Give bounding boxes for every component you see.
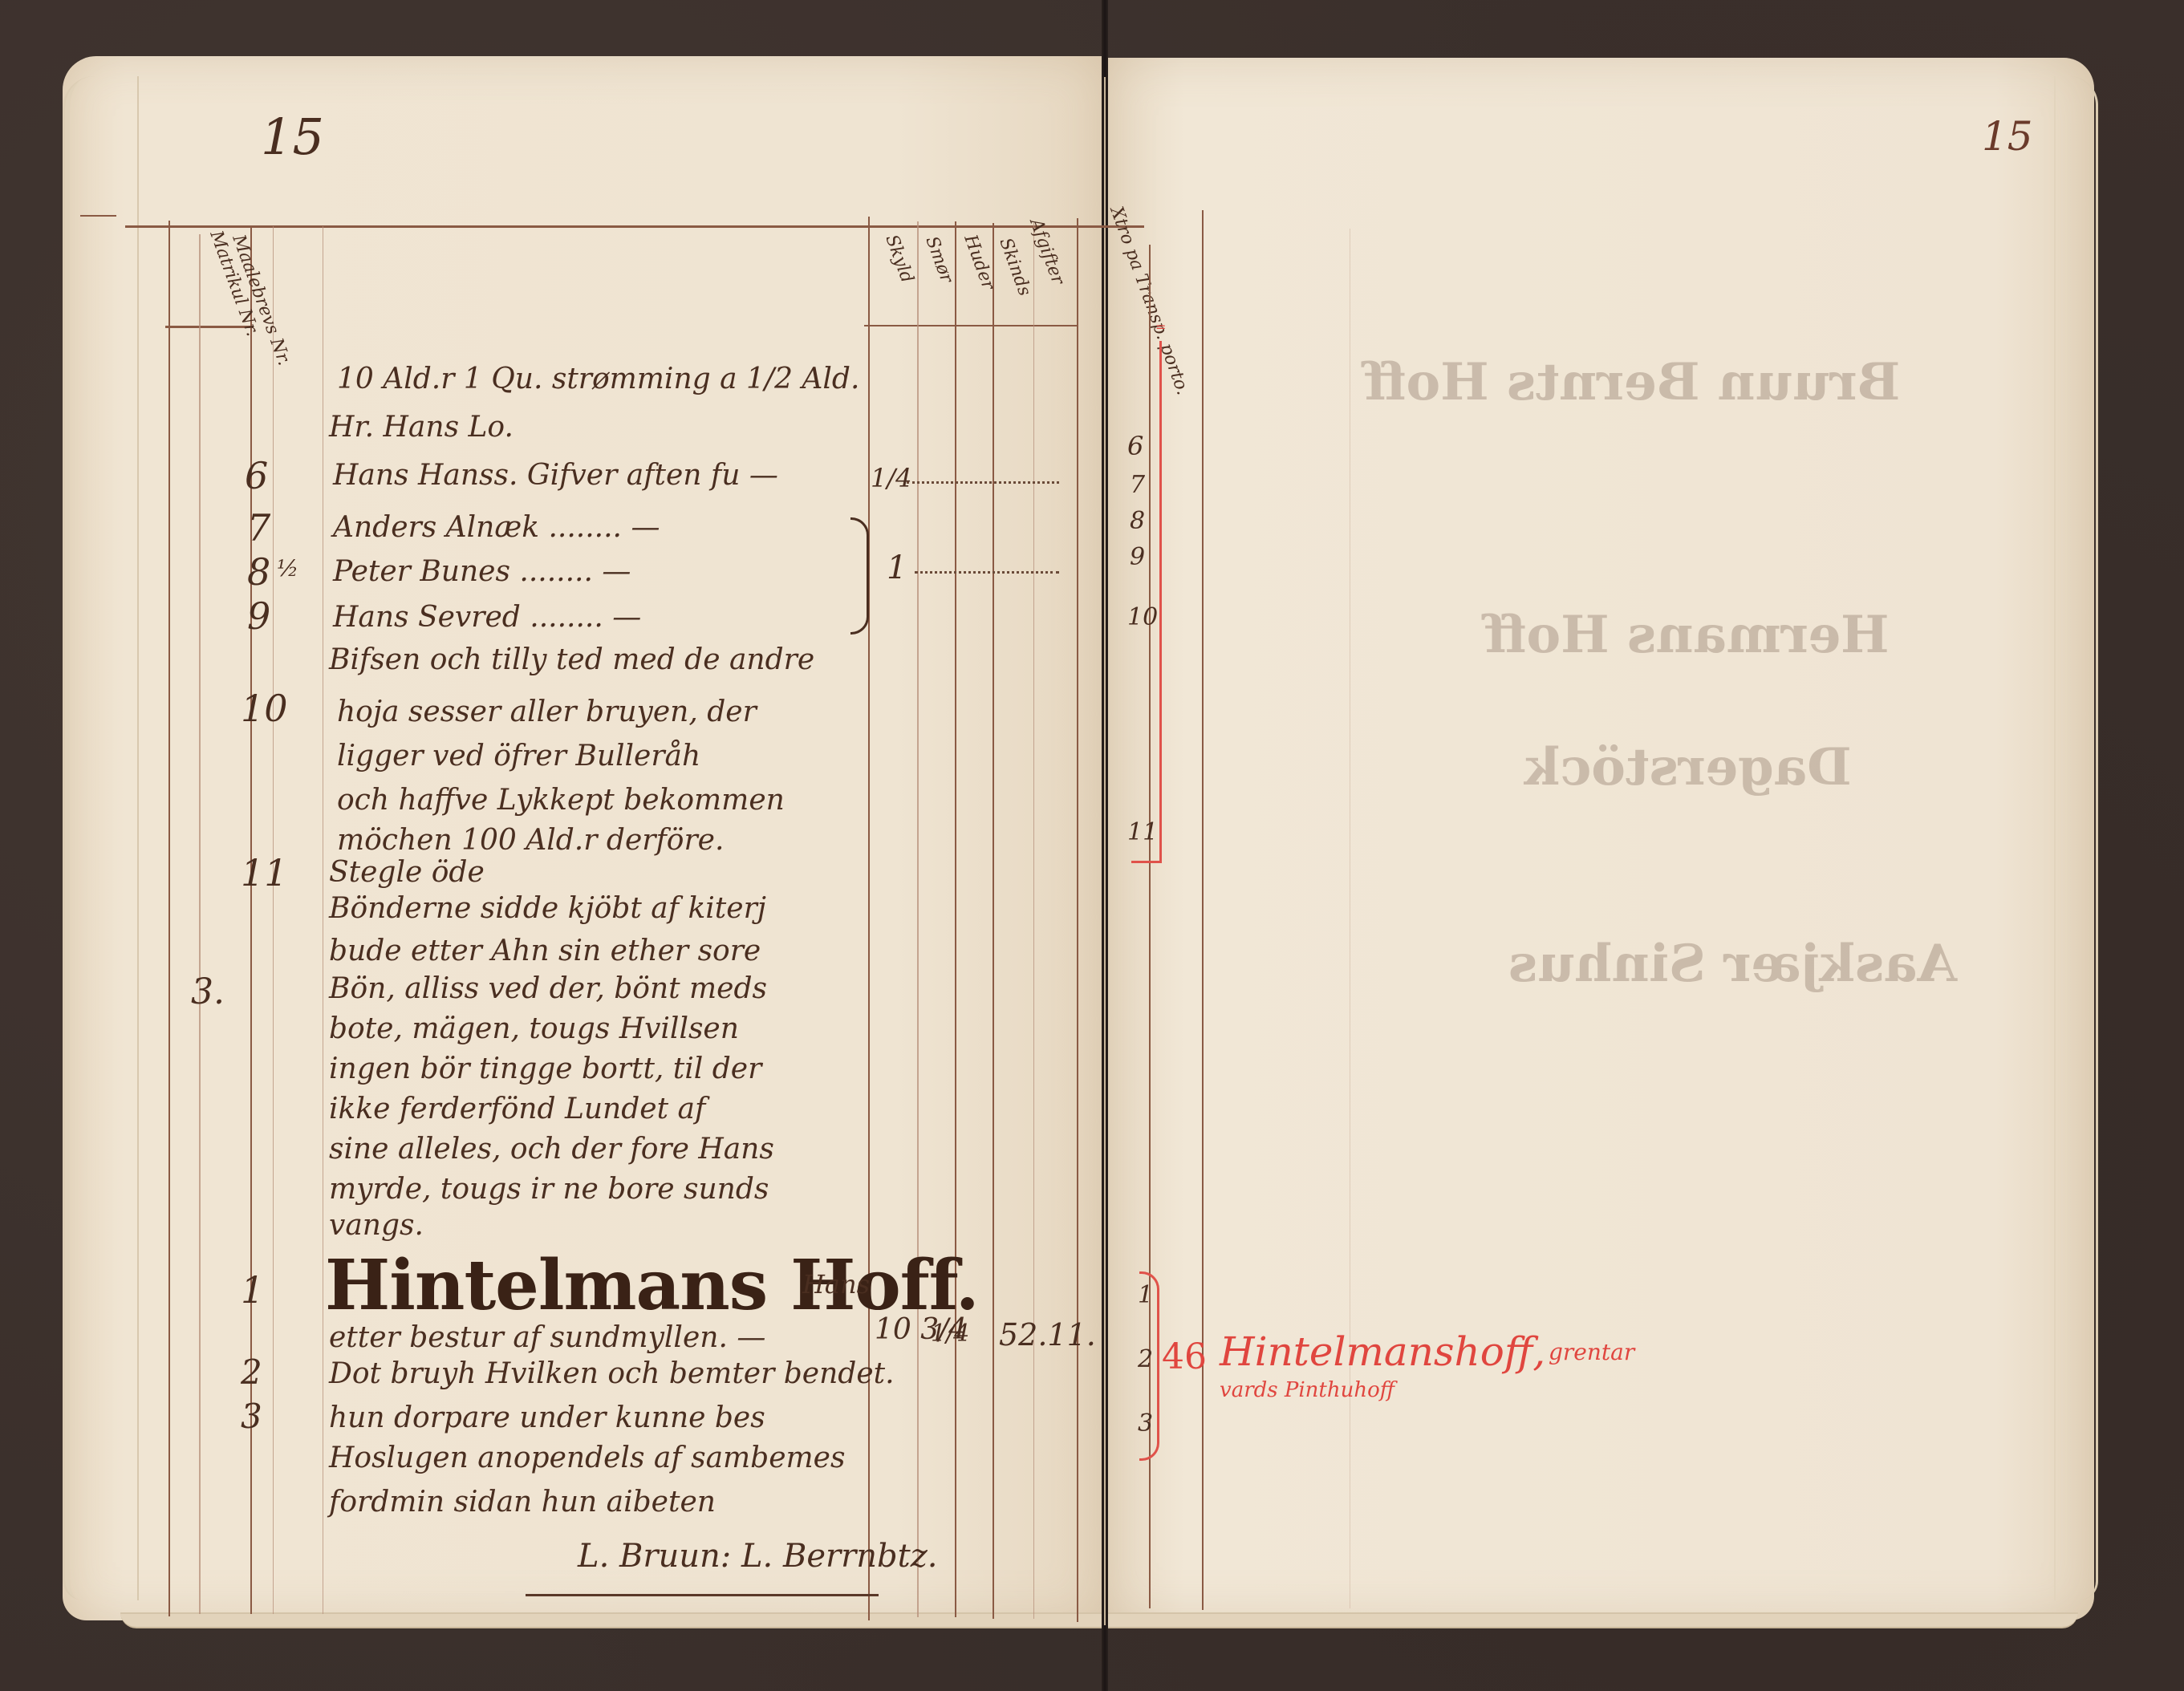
entry-line: Hr. Hans Lo. xyxy=(329,413,514,442)
entry-line: ingen bör tingge bortt, til der xyxy=(329,1055,761,1084)
col-rule-8 xyxy=(955,221,956,1617)
bleed-through-heading: Aaskjær Sinhus xyxy=(1508,939,1957,990)
right-margin-number: 6 xyxy=(1127,433,1143,459)
right-margin-number: 11 xyxy=(1127,821,1158,845)
left-page-number: 15 xyxy=(261,112,324,162)
entry-number: 9 xyxy=(247,598,270,635)
bleed-through-heading: Dagerstöck xyxy=(1524,742,1852,793)
signature-underline xyxy=(526,1594,879,1596)
right-page-stack-edges xyxy=(2054,76,2098,1600)
entry-number: 3 xyxy=(241,1400,262,1433)
entry-line: Hans xyxy=(802,1271,870,1297)
entry-line: bote, mägen, tougs Hvillsen xyxy=(329,1015,739,1044)
left-page-stack-edges xyxy=(63,76,139,1600)
entry-number: 11 xyxy=(241,854,288,891)
entry-line: Hoslugen anopendels af sambemes xyxy=(329,1444,845,1473)
col-rule-6 xyxy=(868,217,870,1620)
red-annotation-suffix: grentar xyxy=(1549,1341,1634,1364)
header-rule-stub xyxy=(80,215,116,217)
right-margin-number: 10 xyxy=(1127,606,1158,630)
entry-line: och haffve Lykkept bekommen xyxy=(337,786,785,815)
bleed-through-heading: Hermans Hoff xyxy=(1484,610,1890,661)
entry-line: fordmin sidan hun aibeten xyxy=(329,1488,716,1517)
col-rule-11 xyxy=(1077,218,1078,1622)
entry-number: 3. xyxy=(191,975,225,1010)
entry-line: bude etter Ahn sin ether sore xyxy=(329,937,761,966)
right-margin-number: 7 xyxy=(1130,473,1145,497)
bottom-page-edges xyxy=(120,1612,2078,1628)
entry-line: Bön, alliss ved der, bönt meds xyxy=(329,975,767,1004)
entry-line: ligger ved öfrer Bulleråh xyxy=(337,742,700,771)
right-margin-number: 3 xyxy=(1138,1412,1153,1436)
col-rule-7 xyxy=(917,221,919,1617)
entry-number: 6 xyxy=(245,457,268,494)
dotted-leader xyxy=(915,571,1059,574)
col-rule-4 xyxy=(273,226,274,1614)
entry-line: myrde, tougs ir ne bore sunds xyxy=(329,1175,769,1204)
right-margin-number: 9 xyxy=(1130,545,1145,570)
right-page-number: 15 xyxy=(1982,116,2033,156)
signature: L. Bruun: L. Berrnbtz. xyxy=(578,1540,938,1572)
entry-line: vangs. xyxy=(329,1211,424,1240)
header-bottom-rule-right xyxy=(864,325,1077,326)
red-bracket-foot xyxy=(1131,861,1162,863)
value-total: 52.11. xyxy=(999,1320,1096,1350)
red-annotation-title: Hintelmanshoff, xyxy=(1220,1332,1545,1372)
entry-line: Hans Sevred ........ — xyxy=(333,603,641,632)
right-margin-number: 2 xyxy=(1138,1348,1153,1372)
entry-number: 8 xyxy=(247,554,270,590)
entry-number: 1 xyxy=(241,1271,264,1308)
right-col-rule-2 xyxy=(1202,210,1204,1610)
entry-line: Bifsen och tilly ted med de andre xyxy=(329,646,814,675)
value-smor: 1/4 xyxy=(931,1322,969,1346)
red-annotation-subline: vards Pinthuhoff xyxy=(1220,1380,1394,1401)
entry-line: Stegle öde xyxy=(329,858,485,887)
section-heading-hintelmans-hoff: Hintelmans Hoff. xyxy=(325,1251,979,1320)
entry-line: Hans Hanss. Gifver aften fu — xyxy=(333,461,778,490)
col-rule-5 xyxy=(323,226,323,1614)
entry-line: etter bestur af sundmyllen. — xyxy=(329,1324,765,1352)
red-bracket-mark: = xyxy=(1155,321,1166,334)
entry-value: 1/4 xyxy=(871,465,912,491)
entry-line: hoja sesser aller bruyen, der xyxy=(337,698,757,727)
entry-line: hun dorpare under kunne bes xyxy=(329,1404,765,1433)
entry-line: Peter Bunes ........ — xyxy=(333,558,631,586)
entry-number: 7 xyxy=(247,509,270,546)
entry-value: 1 xyxy=(887,552,907,584)
entry-number: 2 xyxy=(241,1356,262,1389)
header-rule xyxy=(125,225,1144,228)
gutter-fold xyxy=(1104,77,1106,1625)
col-rule-2 xyxy=(199,234,201,1614)
dotted-leader xyxy=(907,481,1059,484)
entry-mark: ½ xyxy=(277,558,298,580)
red-annotation-number: 46 xyxy=(1162,1340,1207,1375)
entry-line: Bönderne sidde kjöbt af kiterj xyxy=(329,894,766,923)
entry-line: Dot bruyh Hvilken och bemter bendet. xyxy=(329,1360,895,1389)
right-margin-number: 1 xyxy=(1138,1283,1153,1308)
brace-7-9 xyxy=(850,517,869,635)
col-rule-1 xyxy=(168,221,170,1616)
right-margin-number: 8 xyxy=(1130,509,1145,533)
entry-line: sine alleles, och der fore Hans xyxy=(329,1135,774,1164)
entry-number: 10 xyxy=(241,690,288,727)
col-rule-9 xyxy=(993,223,994,1619)
entry-line: Anders Alnæk ........ — xyxy=(333,513,660,542)
entry-line: 10 Ald.r 1 Qu. strømming a 1/2 Ald. xyxy=(337,365,859,394)
entry-line: möchen 100 Ald.r derföre. xyxy=(337,826,724,855)
entry-line: ikke ferderfönd Lundet af xyxy=(329,1095,705,1124)
col-rule-10 xyxy=(1033,223,1034,1619)
red-bracket-vertical xyxy=(1159,341,1162,862)
bleed-through-heading: Bruun Bernts Hoff xyxy=(1364,357,1900,408)
